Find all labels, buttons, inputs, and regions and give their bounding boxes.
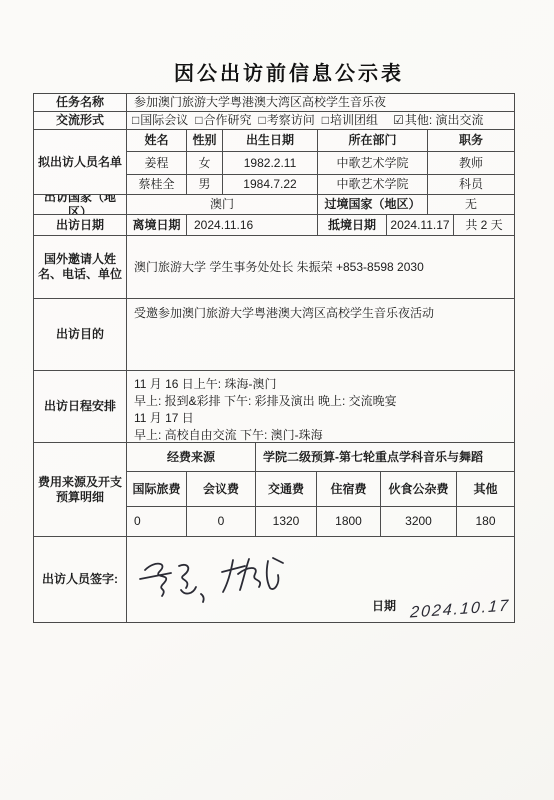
signature-date-label: 日期	[372, 599, 396, 614]
checkbox-checked-icon: ☑	[393, 113, 404, 128]
col-transport-fee: 交通费	[256, 472, 317, 506]
option-other-checked: ☑ 其他: 演出交流	[393, 113, 483, 128]
checkbox-unchecked-icon: □	[259, 113, 266, 128]
country-value: 澳门	[127, 195, 318, 214]
arrival-date-value: 2024.11.17	[387, 215, 454, 235]
option-label: 培训团组	[330, 113, 378, 128]
col-conference-fee: 会议费	[187, 472, 256, 506]
country-row: 出访国家（地区） 澳门 过境国家（地区） 无	[34, 195, 514, 215]
meals-misc-fee-value: 3200	[381, 507, 457, 536]
exchange-type-label: 交流形式	[34, 112, 127, 129]
option-cooperative-research: □ 合作研究	[195, 113, 251, 128]
departure-date-value: 2024.11.16	[187, 215, 318, 235]
transit-country-value: 无	[428, 195, 514, 214]
itinerary-line: 早上: 报到&彩排 下午: 彩排及演出 晚上: 交流晚宴	[134, 393, 397, 410]
person-birthdate: 1984.7.22	[223, 175, 318, 194]
page-title: 因公出访前信息公示表	[12, 57, 554, 86]
inviter-row: 国外邀请人姓名、电话、单位 澳门旅游大学 学生事务处处长 朱振荣 +853-85…	[34, 236, 514, 299]
country-label: 出访国家（地区）	[34, 195, 127, 214]
checkbox-unchecked-icon: □	[132, 113, 139, 128]
personnel-table: 姓名 性别 出生日期 所在部门 职务 姜程 女 1982.2.11 中歌艺术学院…	[127, 130, 514, 194]
checkbox-unchecked-icon: □	[322, 113, 329, 128]
col-lodging-fee: 住宿费	[317, 472, 381, 506]
itinerary-line: 11 月 16 日上午: 珠海-澳门	[134, 376, 276, 393]
person-birthdate: 1982.2.11	[223, 152, 318, 174]
budget-table: 经费来源 学院二级预算-第七轮重点学科音乐与舞蹈 国际旅费 会议费 交通费 住宿…	[127, 443, 514, 536]
option-label: 考察访问	[267, 113, 315, 128]
other-fee-value: 180	[457, 507, 514, 536]
funding-source-label: 经费来源	[127, 443, 256, 471]
exchange-type-options: □ 国际会议 □ 合作研究 □ 考察访问 □ 培训团组 ☑ 其他: 演出交流	[127, 112, 514, 129]
col-position: 职务	[428, 130, 514, 151]
person-gender: 男	[187, 175, 223, 194]
lodging-fee-value: 1800	[317, 507, 381, 536]
person-name: 蔡桂全	[127, 175, 187, 194]
itinerary-value: 11 月 16 日上午: 珠海-澳门 早上: 报到&彩排 下午: 彩排及演出 晚…	[127, 371, 514, 442]
task-name-label: 任务名称	[34, 94, 127, 111]
task-name-row: 任务名称 参加澳门旅游大学粤港澳大湾区高校学生音乐夜	[34, 94, 514, 112]
col-department: 所在部门	[318, 130, 428, 151]
task-name-value: 参加澳门旅游大学粤港澳大湾区高校学生音乐夜	[127, 94, 514, 111]
person-department: 中歌艺术学院	[318, 152, 428, 174]
person-gender: 女	[187, 152, 223, 174]
conference-fee-value: 0	[187, 507, 256, 536]
purpose-row: 出访目的 受邀参加澳门旅游大学粤港澳大湾区高校学生音乐夜活动	[34, 299, 514, 371]
option-label: 合作研究	[204, 113, 252, 128]
budget-label: 费用来源及开支预算明细	[34, 443, 127, 536]
budget-values-row: 0 0 1320 1800 3200 180	[127, 507, 514, 536]
handwritten-signature-2	[215, 553, 285, 597]
visit-publicity-form: 任务名称 参加澳门旅游大学粤港澳大湾区高校学生音乐夜 交流形式 □ 国际会议 □…	[33, 93, 515, 623]
checkbox-unchecked-icon: □	[195, 113, 202, 128]
exchange-type-row: 交流形式 □ 国际会议 □ 合作研究 □ 考察访问 □ 培训团组 ☑ 其他: 演…	[34, 112, 514, 130]
col-other-fee: 其他	[457, 472, 514, 506]
itinerary-line: 早上: 高校自由交流 下午: 澳门-珠海	[134, 427, 323, 442]
purpose-label: 出访目的	[34, 299, 127, 370]
budget-source-row: 经费来源 学院二级预算-第七轮重点学科音乐与舞蹈	[127, 443, 514, 472]
international-travel-value: 0	[127, 507, 187, 536]
person-name: 姜程	[127, 152, 187, 174]
option-inspection-visit: □ 考察访问	[259, 113, 315, 128]
dates-label: 出访日期	[34, 215, 127, 235]
signature-label: 出访人员签字:	[34, 537, 127, 622]
transport-fee-value: 1320	[256, 507, 317, 536]
option-training-group: □ 培训团组	[322, 113, 378, 128]
budget-header-row: 国际旅费 会议费 交通费 住宿费 伙食公杂费 其他	[127, 472, 514, 507]
handwritten-signature-1	[135, 557, 207, 603]
person-position: 科员	[428, 175, 514, 194]
handwritten-date: 2024.10.17	[409, 596, 510, 622]
transit-country-label: 过境国家（地区）	[318, 195, 428, 214]
personnel-label: 拟出访人员名单	[34, 130, 127, 194]
col-birthdate: 出生日期	[223, 130, 318, 151]
budget-block: 费用来源及开支预算明细 经费来源 学院二级预算-第七轮重点学科音乐与舞蹈 国际旅…	[34, 443, 514, 537]
duration-value: 共 2 天	[454, 215, 514, 235]
person-position: 教师	[428, 152, 514, 174]
col-international-travel: 国际旅费	[127, 472, 187, 506]
option-international-conference: □ 国际会议	[132, 113, 188, 128]
col-name: 姓名	[127, 130, 187, 151]
purpose-value: 受邀参加澳门旅游大学粤港澳大湾区高校学生音乐夜活动	[127, 299, 514, 370]
col-gender: 性别	[187, 130, 223, 151]
signature-area: 日期 2024.10.17	[127, 537, 514, 622]
itinerary-row: 出访日程安排 11 月 16 日上午: 珠海-澳门 早上: 报到&彩排 下午: …	[34, 371, 514, 443]
personnel-row-1: 姜程 女 1982.2.11 中歌艺术学院 教师	[127, 152, 514, 175]
personnel-block: 拟出访人员名单 姓名 性别 出生日期 所在部门 职务 姜程 女 1982.2.1…	[34, 130, 514, 195]
inviter-label: 国外邀请人姓名、电话、单位	[34, 236, 127, 298]
signature-row: 出访人员签字: 日期 2024.10.17	[34, 537, 514, 622]
arrival-date-label: 抵境日期	[318, 215, 387, 235]
option-label: 国际会议	[140, 113, 188, 128]
personnel-header-row: 姓名 性别 出生日期 所在部门 职务	[127, 130, 514, 152]
inviter-value: 澳门旅游大学 学生事务处处长 朱振荣 +853-8598 2030	[127, 236, 514, 298]
col-meals-misc-fee: 伙食公杂费	[381, 472, 457, 506]
personnel-row-2: 蔡桂全 男 1984.7.22 中歌艺术学院 科员	[127, 175, 514, 194]
departure-date-label: 离境日期	[127, 215, 187, 235]
funding-source-value: 学院二级预算-第七轮重点学科音乐与舞蹈	[256, 443, 514, 471]
itinerary-label: 出访日程安排	[34, 371, 127, 442]
option-label: 其他: 演出交流	[405, 113, 484, 128]
dates-row: 出访日期 离境日期 2024.11.16 抵境日期 2024.11.17 共 2…	[34, 215, 514, 236]
itinerary-line: 11 月 17 日	[134, 410, 194, 427]
person-department: 中歌艺术学院	[318, 175, 428, 194]
